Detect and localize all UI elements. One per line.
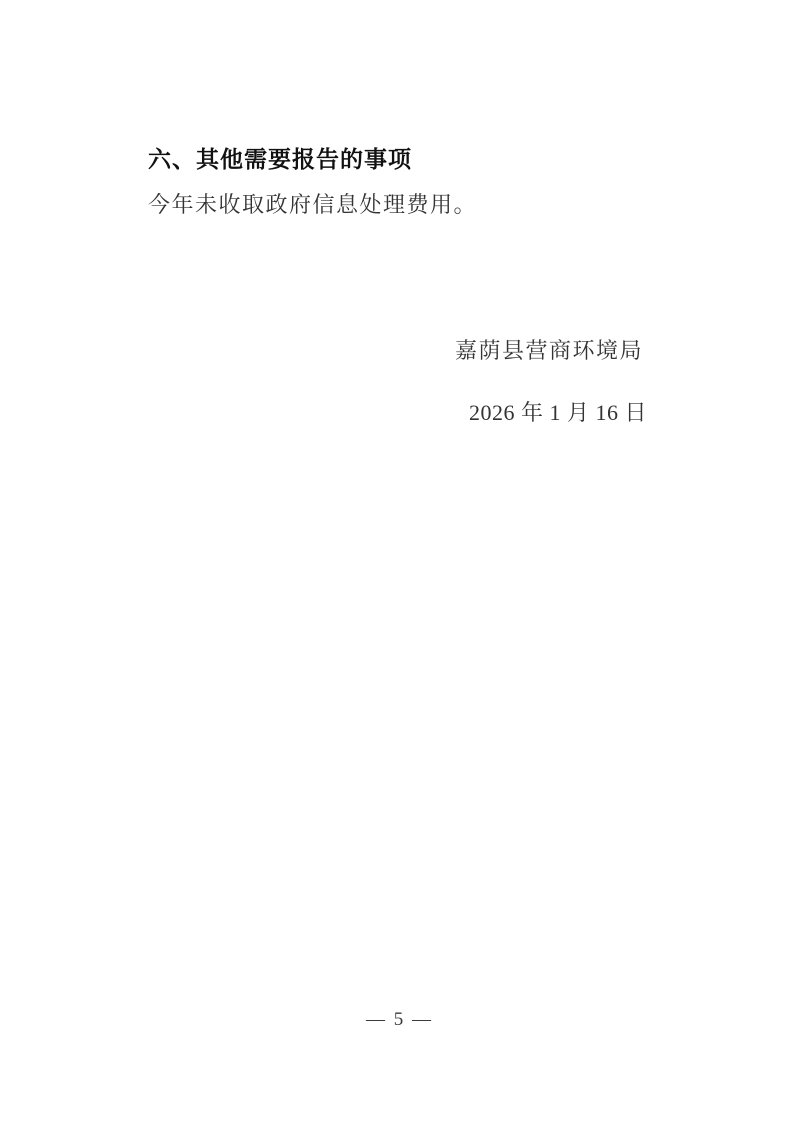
section-heading: 六、其他需要报告的事项 (148, 145, 412, 173)
page-number: — 5 — (0, 1008, 793, 1032)
body-paragraph: 今年未收取政府信息处理费用。 (148, 191, 477, 219)
signature-date: 2026 年 1 月 16 日 (469, 399, 647, 427)
document-page: 六、其他需要报告的事项 今年未收取政府信息处理费用。 嘉荫县营商环境局 2026… (0, 0, 793, 1122)
signature-organization: 嘉荫县营商环境局 (455, 337, 643, 365)
